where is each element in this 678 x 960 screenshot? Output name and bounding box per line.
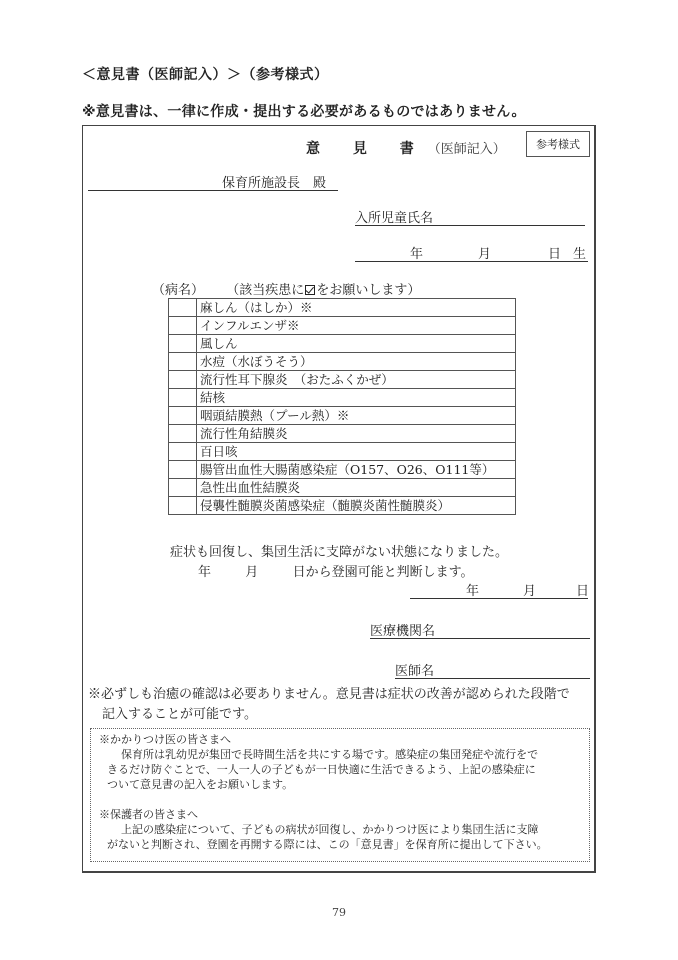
return-month-label: 月 [245, 565, 258, 580]
issue-date-field[interactable]: 年 月 日 [410, 580, 588, 599]
note-line-1: ※必ずしも治癒の確認は必要ありません。意見書は症状の改善が認められた段階で [88, 683, 570, 702]
disease-name: 風しん [197, 335, 516, 353]
guardian-text-1: 上記の感染症について、子どもの病状が回復し、かかりつけ医により集団生活に支障 [99, 822, 581, 837]
info-box: ※かかりつけ医の皆さまへ 保育所は乳幼児が集団で長時間生活を共にする場です。感染… [90, 728, 590, 862]
disease-checkbox[interactable] [169, 407, 197, 425]
disease-name: 結核 [197, 389, 516, 407]
issue-day-label: 日 [576, 580, 589, 599]
doctor-text-2: きるだけ防ぐことで、一人一人の子どもが一日快適に生活できるよう、上記の感染症に [99, 762, 581, 777]
disease-checkbox[interactable] [169, 317, 197, 335]
issue-month-label: 月 [523, 580, 536, 599]
doctor-text-3: ついて意見書の記入をお願いします。 [99, 777, 581, 792]
disease-checkbox[interactable] [169, 335, 197, 353]
table-row: 急性出血性結膜炎 [169, 479, 516, 497]
birth-day-label: 日 [548, 243, 561, 262]
institution-field[interactable]: 医療機関名 [370, 620, 590, 639]
birth-suffix-label: 生 [573, 243, 586, 262]
table-row: 結核 [169, 389, 516, 407]
return-year-label: 年 [198, 565, 211, 580]
page-heading: ＜意見書（医師記入）＞（参考様式） [82, 64, 329, 84]
table-row: 流行性耳下腺炎 （おたふくかぜ） [169, 371, 516, 389]
return-date-line: 年 月 日から登園可能と判断します。 [198, 561, 474, 580]
table-row: 水痘（水ぼうそう） [169, 353, 516, 371]
instruction-post: をお願いします） [316, 283, 420, 298]
note-line-2: 記入することが可能です。 [102, 703, 257, 722]
child-name-label: 入所児童氏名 [355, 207, 433, 226]
disease-name: インフルエンザ※ [197, 317, 516, 335]
disease-name: 急性出血性結膜炎 [197, 479, 516, 497]
disease-label: （病名） [152, 283, 204, 298]
disease-name: 百日咳 [197, 443, 516, 461]
disease-name: 咽頭結膜熱（プール熱）※ [197, 407, 516, 425]
table-row: 麻しん（はしか）※ [169, 299, 516, 317]
table-row: 侵襲性髄膜炎菌感染症（髄膜炎菌性髄膜炎） [169, 497, 516, 515]
disease-name: 水痘（水ぼうそう） [197, 353, 516, 371]
birth-month-label: 月 [478, 243, 491, 262]
guardian-heading: ※保護者の皆さまへ [99, 807, 581, 822]
disease-name: 流行性耳下腺炎 （おたふくかぜ） [197, 371, 516, 389]
disease-instruction: （病名） （該当疾患にをお願いします） [152, 279, 420, 298]
child-name-field[interactable]: 入所児童氏名 [355, 207, 585, 226]
disease-checkbox[interactable] [169, 479, 197, 497]
reference-badge: 参考様式 [526, 131, 590, 157]
table-row: 咽頭結膜熱（プール熱）※ [169, 407, 516, 425]
instruction-pre: （該当疾患に [226, 283, 304, 298]
table-row: インフルエンザ※ [169, 317, 516, 335]
disease-checkbox[interactable] [169, 443, 197, 461]
form-title: 意 見 書（医師記入） [306, 138, 506, 158]
doctor-label: 医師名 [395, 660, 434, 679]
page-number: 79 [332, 906, 346, 919]
institution-label: 医療機関名 [370, 620, 435, 639]
doctor-text-1: 保育所は乳幼児が集団で長時間生活を共にする場です。感染症の集団発症や流行をで [99, 747, 581, 762]
disease-name: 麻しん（はしか）※ [197, 299, 516, 317]
form-title-main: 意 見 書 [306, 141, 428, 157]
disease-name: 腸管出血性大腸菌感染症（O157、O26、O111等） [197, 461, 516, 479]
disease-checkbox[interactable] [169, 353, 197, 371]
disease-checkbox[interactable] [169, 461, 197, 479]
disease-checkbox[interactable] [169, 389, 197, 407]
addressee-label: 保育所施設長 殿 [222, 172, 326, 191]
notice-text: ※意見書は、一律に作成・提出する必要があるものではありません。 [82, 101, 526, 121]
table-row: 百日咳 [169, 443, 516, 461]
birth-year-label: 年 [410, 243, 423, 262]
disease-checkbox[interactable] [169, 299, 197, 317]
form-title-sub: （医師記入） [428, 142, 506, 157]
checkmark-box-icon [305, 285, 315, 295]
addressee-field[interactable]: 保育所施設長 殿 [88, 172, 338, 191]
guardian-text-2: がないと判断され、登園を再開する際には、この「意見書」を保育所に提出して下さい。 [99, 837, 581, 852]
return-day-text: 日から登園可能と判断します。 [293, 565, 474, 580]
issue-year-label: 年 [466, 580, 479, 599]
table-row: 風しん [169, 335, 516, 353]
table-row: 流行性角結膜炎 [169, 425, 516, 443]
disease-name: 流行性角結膜炎 [197, 425, 516, 443]
doctor-name-field[interactable]: 医師名 [395, 660, 590, 679]
disease-checkbox[interactable] [169, 425, 197, 443]
doctor-heading: ※かかりつけ医の皆さまへ [99, 732, 581, 747]
disease-name: 侵襲性髄膜炎菌感染症（髄膜炎菌性髄膜炎） [197, 497, 516, 515]
table-row: 腸管出血性大腸菌感染症（O157、O26、O111等） [169, 461, 516, 479]
disease-checkbox[interactable] [169, 497, 197, 515]
recovery-statement: 症状も回復し、集団生活に支障がない状態になりました。 [170, 541, 508, 560]
disease-checkbox[interactable] [169, 371, 197, 389]
birth-date-field[interactable]: 年 月 日 生 [355, 243, 588, 262]
disease-table: 麻しん（はしか）※ インフルエンザ※ 風しん 水痘（水ぼうそう） 流行性耳下腺炎… [168, 298, 516, 515]
